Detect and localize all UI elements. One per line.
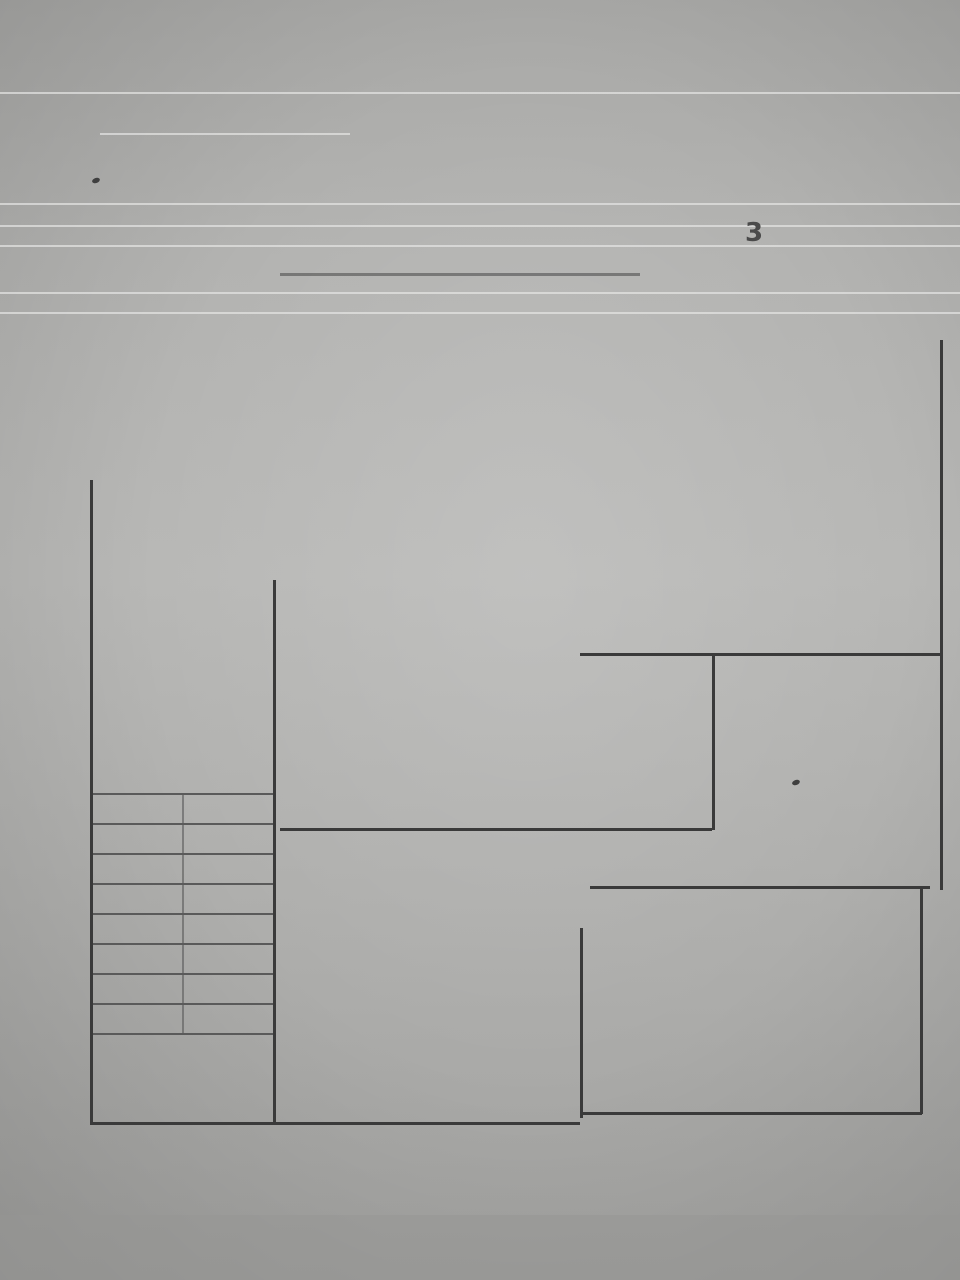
scan-streak (0, 312, 960, 314)
paper-edge (0, 1215, 960, 1280)
wall-lower-right-top (590, 886, 930, 889)
scan-streak (0, 92, 960, 94)
scan-streak (0, 245, 960, 247)
wall-bottom (90, 1122, 580, 1125)
scan-streak (0, 203, 960, 205)
wall-bottom-right (580, 1112, 922, 1115)
wall-room-right (712, 655, 715, 830)
scan-streak (100, 133, 350, 135)
stair-center-line (182, 795, 184, 1035)
wall-right (940, 340, 943, 890)
scan-streak (0, 225, 960, 227)
page-mark: 3 (745, 218, 763, 248)
wall-room-bottom (280, 828, 712, 831)
wall-stair (273, 580, 276, 1125)
scan-streak-dark (280, 273, 640, 276)
wall-lower-divider (580, 928, 583, 1118)
wall-room-top (580, 653, 942, 656)
paper-background (0, 0, 960, 1280)
wall-right-lower (920, 888, 923, 1114)
scan-streak (0, 292, 960, 294)
wall-left (90, 480, 93, 1125)
